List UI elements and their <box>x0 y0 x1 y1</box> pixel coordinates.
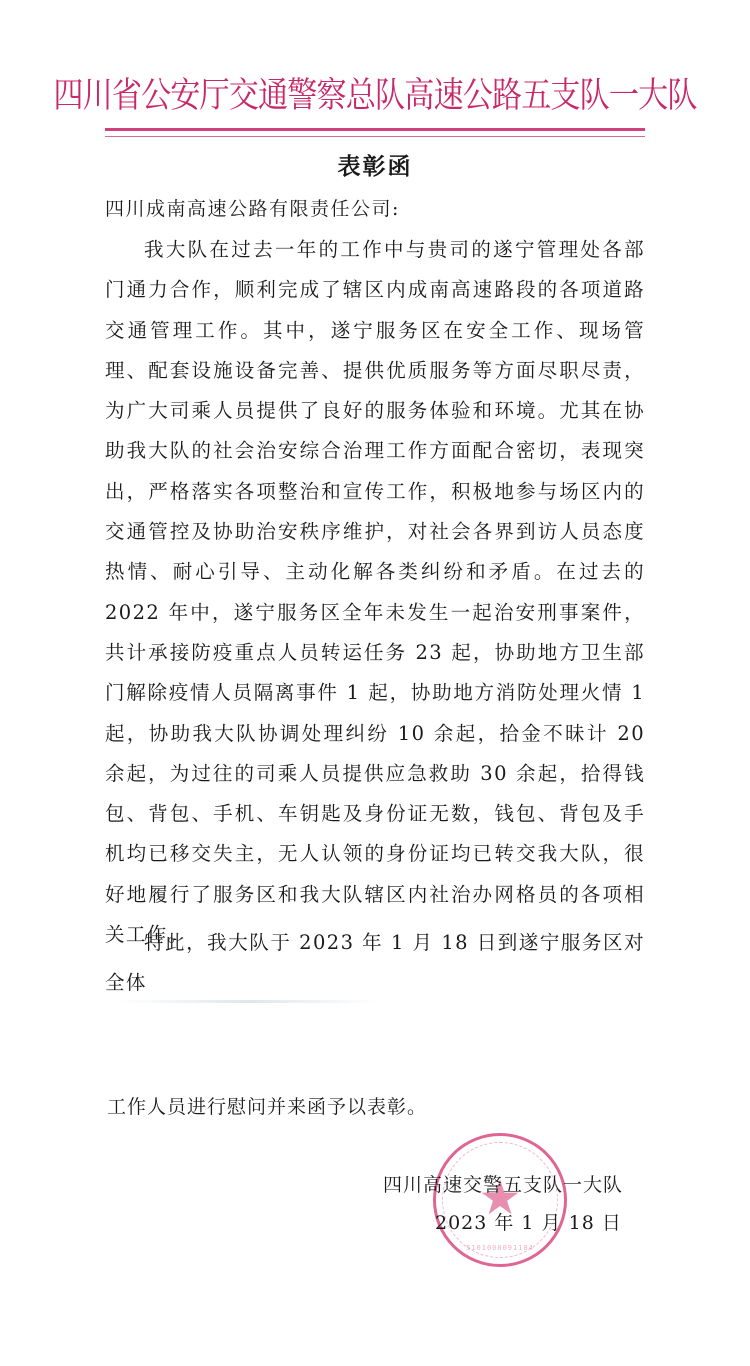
letterhead-rule-thin <box>105 136 645 137</box>
signature-date: 2023 年 1 月 18 日 <box>435 1210 622 1236</box>
letterhead-title: 四川省公安厅交通警察总队高速公路五支队一大队 <box>53 72 698 120</box>
document-title: 表彰函 <box>0 152 750 182</box>
signer-name: 四川高速交警五支队一大队 <box>383 1172 623 1198</box>
scan-smudge <box>120 1000 380 1003</box>
body-paragraph-2: 特此，我大队于 2023 年 1 月 18 日到遂宁服务区对全体 <box>105 923 645 1004</box>
official-seal: ★ 5101000091184 <box>433 1133 567 1267</box>
body-paragraph-1: 我大队在过去一年的工作中与贵司的遂宁管理处各部门通力合作，顺利完成了辖区内成南高… <box>105 230 645 955</box>
letterhead-rule-thick <box>105 128 645 131</box>
salutation: 四川成南高速公路有限责任公司: <box>105 196 400 222</box>
closing-line: 工作人员进行慰问并来函予以表彰。 <box>107 1094 427 1120</box>
seal-code: 5101000091184 <box>436 1244 564 1252</box>
